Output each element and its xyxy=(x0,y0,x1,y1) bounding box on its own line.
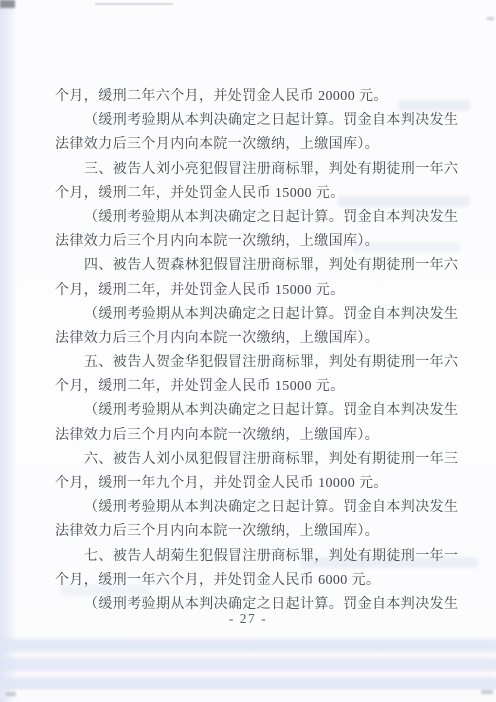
document-text-line: （缓刑考验期从本判决确定之日起计算。罚金自本判决发生 xyxy=(55,303,448,327)
document-text-line: 法律效力后三个月内向本院一次缴纳，上缴国库）。 xyxy=(55,424,448,448)
document-text-line: 四、被告人贺森林犯假冒注册商标罪，判处有期徒刑一年六 xyxy=(55,254,448,278)
document-text-line: （缓刑考验期从本判决确定之日起计算。罚金自本判决发生 xyxy=(55,496,448,520)
document-text-line: 法律效力后三个月内向本院一次缴纳，上缴国库）。 xyxy=(55,230,448,254)
document-text-line: 法律效力后三个月内向本院一次缴纳，上缴国库）。 xyxy=(55,327,448,351)
document-text-line: 六、被告人刘小凤犯假冒注册商标罪，判处有期徒刑一年三 xyxy=(55,448,448,472)
scan-artifact-corner-smudge xyxy=(0,0,15,8)
document-text-line: 个月，缓刑一年九个月，并处罚金人民币 10000 元。 xyxy=(55,472,448,496)
scan-edge-tint xyxy=(0,0,17,702)
document-text-line: 个月，缓刑二年六个月，并处罚金人民币 20000 元。 xyxy=(55,85,448,109)
document-text-line: 七、被告人胡菊生犯假冒注册商标罪，判处有期徒刑一年一 xyxy=(55,545,448,569)
document-text-line: 法律效力后三个月内向本院一次缴纳，上缴国库）。 xyxy=(55,133,448,157)
scan-artifact-line xyxy=(95,3,173,5)
document-text-line: 个月，缓刑二年，并处罚金人民币 15000 元。 xyxy=(55,182,448,206)
document-text-line: （缓刑考验期从本判决确定之日起计算。罚金自本判决发生 xyxy=(55,109,448,133)
page-number: - 27 - xyxy=(0,611,496,627)
document-text-line: 个月，缓刑二年，并处罚金人民币 15000 元。 xyxy=(55,375,448,399)
document-text-line: （缓刑考验期从本判决确定之日起计算。罚金自本判决发生 xyxy=(55,399,448,423)
document-text-line: 五、被告人贺金华犯假冒注册商标罪，判处有期徒刑一年六 xyxy=(55,351,448,375)
document-text-line: 个月，缓刑二年，并处罚金人民币 15000 元。 xyxy=(55,279,448,303)
document-text-line: 个月，缓刑一年六个月，并处罚金人民币 6000 元。 xyxy=(55,569,448,593)
scan-artifact-smudge xyxy=(6,692,16,696)
scan-artifact-smudge xyxy=(487,17,494,20)
document-body: 个月，缓刑二年六个月，并处罚金人民币 20000 元。 （缓刑考验期从本判决确定… xyxy=(55,85,448,617)
document-text-line: 三、被告人刘小亮犯假冒注册商标罪，判处有期徒刑一年六 xyxy=(55,158,448,182)
document-text-line: 法律效力后三个月内向本院一次缴纳，上缴国库）。 xyxy=(55,520,448,544)
scan-artifact-stripes xyxy=(0,636,496,690)
document-page: 个月，缓刑二年六个月，并处罚金人民币 20000 元。 （缓刑考验期从本判决确定… xyxy=(0,0,496,702)
document-text-line: （缓刑考验期从本判决确定之日起计算。罚金自本判决发生 xyxy=(55,206,448,230)
scan-artifact-smudge xyxy=(481,690,493,694)
